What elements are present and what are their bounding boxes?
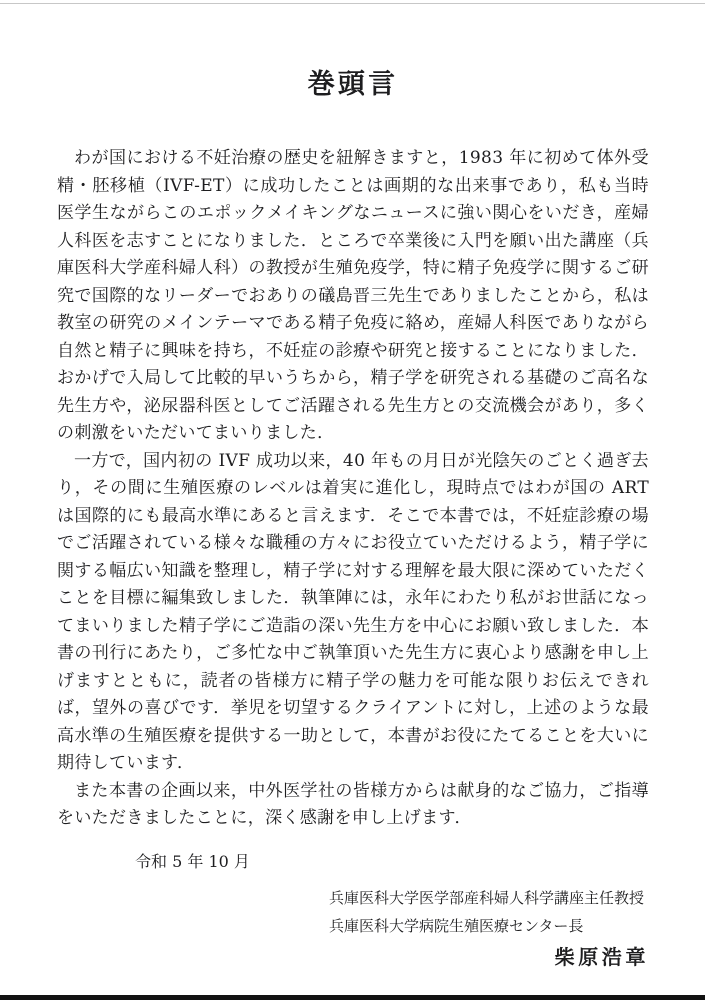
signature-block: 兵庫医科大学医学部産科婦人科学講座主任教授 兵庫医科大学病院生殖医療センター長	[57, 884, 649, 940]
date-line: 令和 5 年 10 月	[57, 850, 649, 874]
paragraph-1: わが国における不妊治療の歴史を紐解きますと，1983 年に初めて体外受精・胚移植…	[57, 145, 649, 448]
scanned-book-page: { "document": { "title": "巻頭言", "paragra…	[0, 0, 705, 1000]
affiliation-line-2: 兵庫医科大学病院生殖医療センター長	[329, 912, 649, 940]
paragraph-3: また本書の企画以来，中外医学社の皆様方からは献身的なご協力，ご指導をいただきまし…	[57, 778, 649, 833]
author-name: 柴原浩章	[57, 944, 649, 970]
paragraph-2: 一方で，国内初の IVF 成功以来，40 年もの月日が光陰矢のごとく過ぎ去り，そ…	[57, 448, 649, 778]
page-title: 巻頭言	[57, 70, 649, 100]
affiliation-line-1: 兵庫医科大学医学部産科婦人科学講座主任教授	[329, 884, 649, 912]
scan-edge-bottom	[0, 995, 705, 1000]
page-content: 巻頭言 わが国における不妊治療の歴史を紐解きますと，1983 年に初めて体外受精…	[57, 0, 649, 970]
body-text: わが国における不妊治療の歴史を紐解きますと，1983 年に初めて体外受精・胚移植…	[57, 145, 649, 833]
